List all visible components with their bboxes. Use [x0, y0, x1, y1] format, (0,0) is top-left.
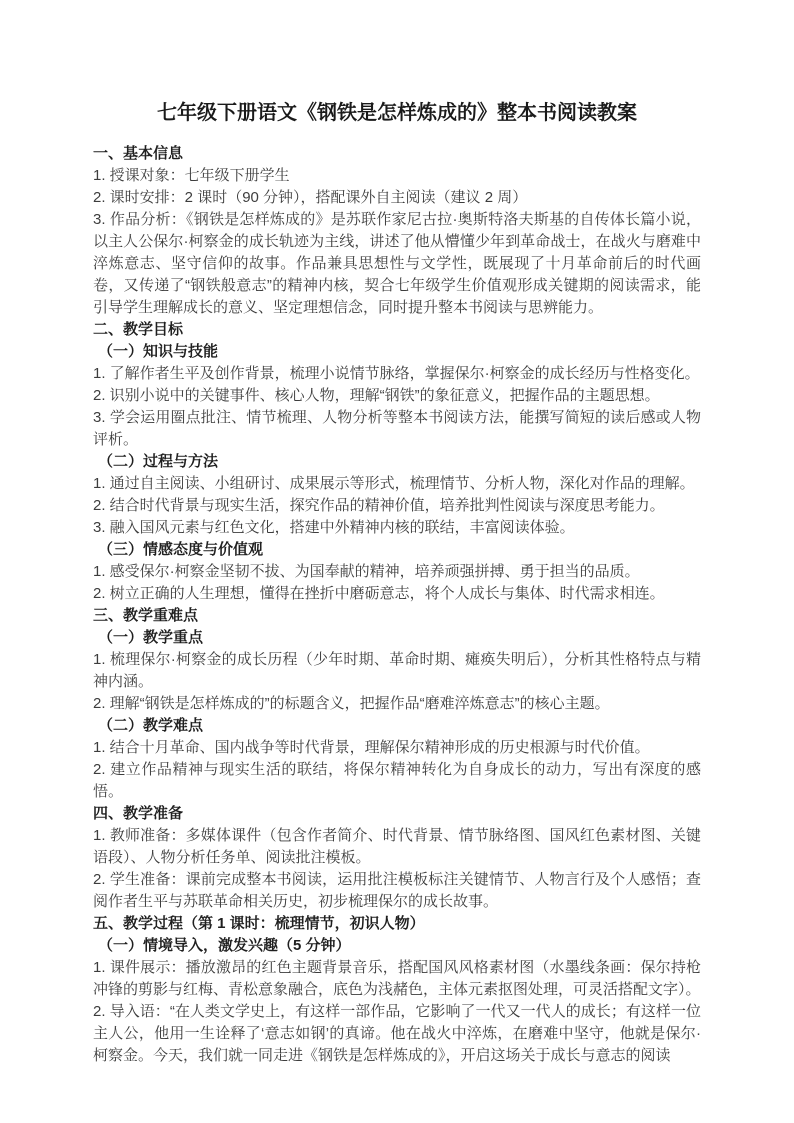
- section-heading-teaching-process: 五、教学过程（第 1 课时：梳理情节，初识人物）: [93, 913, 701, 935]
- paragraph-teacher-preparation: 1. 教师准备：多媒体课件（包含作者简介、时代背景、情节脉络图、国风红色素材图、…: [93, 825, 701, 869]
- document-title: 七年级下册语文《钢铁是怎样炼成的》整本书阅读教案: [93, 100, 701, 126]
- subheading-knowledge-skills: （一）知识与技能: [93, 341, 701, 363]
- paragraph-focus-2: 2. 理解“钢铁是怎样炼成的”的标题含义，把握作品“磨难淬炼意志”的核心主题。: [93, 693, 701, 715]
- paragraph-difficulty-1: 1. 结合十月革命、国内战争等时代背景，理解保尔精神形成的历史根源与时代价值。: [93, 737, 701, 759]
- paragraph-goal-knowledge-3: 3. 学会运用圈点批注、情节梳理、人物分析等整本书阅读方法，能撰写简短的读后感或…: [93, 407, 701, 451]
- section-heading-preparation: 四、教学准备: [93, 803, 701, 825]
- paragraph-goal-values-2: 2. 树立正确的人生理想，懂得在挫折中磨砺意志，将个人成长与集体、时代需求相连。: [93, 583, 701, 605]
- paragraph-goal-values-1: 1. 感受保尔·柯察金坚韧不拔、为国奉献的精神，培养顽强拼搏、勇于担当的品质。: [93, 561, 701, 583]
- paragraph-goal-process-3: 3. 融入国风元素与红色文化，搭建中外精神内核的联结，丰富阅读体验。: [93, 517, 701, 539]
- section-heading-teaching-goals: 二、教学目标: [93, 319, 701, 341]
- paragraph-schedule: 2. 课时安排：2 课时（90 分钟），搭配课外自主阅读（建议 2 周）: [93, 187, 701, 209]
- section-heading-key-difficult: 三、教学重难点: [93, 605, 701, 627]
- document-page: 七年级下册语文《钢铁是怎样炼成的》整本书阅读教案 一、基本信息 1. 授课对象：…: [0, 0, 794, 1123]
- paragraph-courseware-display: 1. 课件展示：播放激昂的红色主题背景音乐，搭配国风风格素材图（水墨线条画：保尔…: [93, 957, 701, 1001]
- paragraph-goal-knowledge-1: 1. 了解作者生平及创作背景，梳理小说情节脉络，掌握保尔·柯察金的成长经历与性格…: [93, 363, 701, 385]
- paragraph-target-students: 1. 授课对象：七年级下册学生: [93, 165, 701, 187]
- paragraph-difficulty-2: 2. 建立作品精神与现实生活的联结，将保尔精神转化为自身成长的动力，写出有深度的…: [93, 759, 701, 803]
- paragraph-intro-speech: 2. 导入语：“在人类文学史上，有这样一部作品，它影响了一代又一代人的成长；有这…: [93, 1001, 701, 1067]
- subheading-teaching-difficulty: （二）教学难点: [93, 715, 701, 737]
- paragraph-student-preparation: 2. 学生准备：课前完成整本书阅读，运用批注模板标注关键情节、人物言行及个人感悟…: [93, 869, 701, 913]
- paragraph-goal-process-1: 1. 通过自主阅读、小组研讨、成果展示等形式，梳理情节、分析人物，深化对作品的理…: [93, 473, 701, 495]
- subheading-situational-intro: （一）情境导入，激发兴趣（5 分钟）: [93, 935, 701, 957]
- paragraph-focus-1: 1. 梳理保尔·柯察金的成长历程（少年时期、革命时期、瘫痪失明后），分析其性格特…: [93, 649, 701, 693]
- subheading-process-methods: （二）过程与方法: [93, 451, 701, 473]
- section-heading-basic-info: 一、基本信息: [93, 143, 701, 165]
- paragraph-goal-process-2: 2. 结合时代背景与现实生活，探究作品的精神价值，培养批判性阅读与深度思考能力。: [93, 495, 701, 517]
- subheading-emotion-values: （三）情感态度与价值观: [93, 539, 701, 561]
- paragraph-goal-knowledge-2: 2. 识别小说中的关键事件、核心人物，理解“钢铁”的象征意义，把握作品的主题思想…: [93, 385, 701, 407]
- subheading-teaching-focus: （一）教学重点: [93, 627, 701, 649]
- paragraph-work-analysis: 3. 作品分析：《钢铁是怎样炼成的》是苏联作家尼古拉·奥斯特洛夫斯基的自传体长篇…: [93, 209, 701, 319]
